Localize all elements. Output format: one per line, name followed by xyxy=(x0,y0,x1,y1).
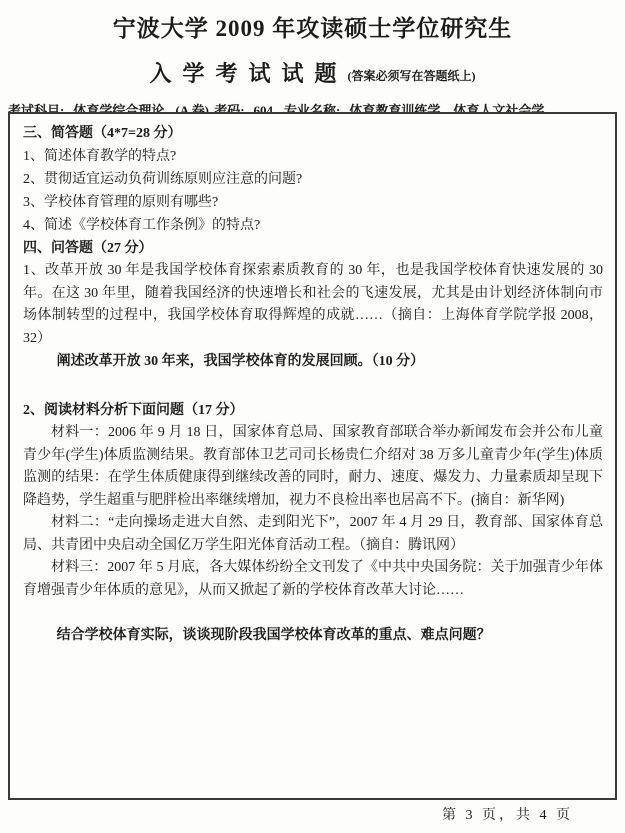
question1-text: 1、改革开放 30 年是我国学校体育探索素质教育的 30 年，也是我国学校体育快… xyxy=(23,260,603,350)
exam-title: 入学考试试题 xyxy=(149,61,347,86)
exam-paper-page: 宁波大学 2009 年攻读硕士学位研究生 入学考试试题(答案必须写在答题纸上) … xyxy=(0,0,625,833)
question2-material-1: 材料一：2006 年 9 月 18 日，国家体育总局、国家教育部联合举办新闻发布… xyxy=(23,422,603,512)
question2-heading: 2、阅读材料分析下面问题（17 分） xyxy=(23,399,603,422)
exam-title-note: (答案必须写在答题纸上) xyxy=(348,69,476,83)
short-answer-item-2: 2、贯彻适宜运动负荷训练原则应注意的问题? xyxy=(23,168,603,191)
question1-prompt: 阐述改革开放 30 年来，我国学校体育的发展回顾。（10 分） xyxy=(23,350,603,373)
page-title: 宁波大学 2009 年攻读硕士学位研究生 xyxy=(0,0,625,43)
short-answer-item-3: 3、学校体育管理的原则有哪些? xyxy=(23,191,603,214)
short-answer-item-1: 1、简述体育教学的特点? xyxy=(23,145,603,168)
question2-prompt: 结合学校体育实际，谈谈现阶段我国学校体育改革的重点、难点问题？ xyxy=(23,624,603,647)
section4-heading: 四、问答题（27 分） xyxy=(23,237,603,260)
question-box: 三、简答题（4*7=28 分） 1、简述体育教学的特点? 2、贯彻适宜运动负荷训… xyxy=(8,112,617,800)
question2-material-3: 材料三：2007 年 5 月底，各大媒体纷纷全文刊发了《中共中央国务院：关于加强… xyxy=(23,557,603,602)
exam-title-row: 入学考试试题(答案必须写在答题纸上) xyxy=(0,57,625,88)
short-answer-item-4: 4、简述《学校体育工作条例》的特点? xyxy=(23,214,603,237)
section3-heading: 三、简答题（4*7=28 分） xyxy=(23,122,603,145)
page-number: 第 3 页，共 4 页 xyxy=(442,804,573,824)
question2-material-2: 材料二：“走向操场走进大自然、走到阳光下”，2007 年 4 月 29 日，教育… xyxy=(23,512,603,557)
